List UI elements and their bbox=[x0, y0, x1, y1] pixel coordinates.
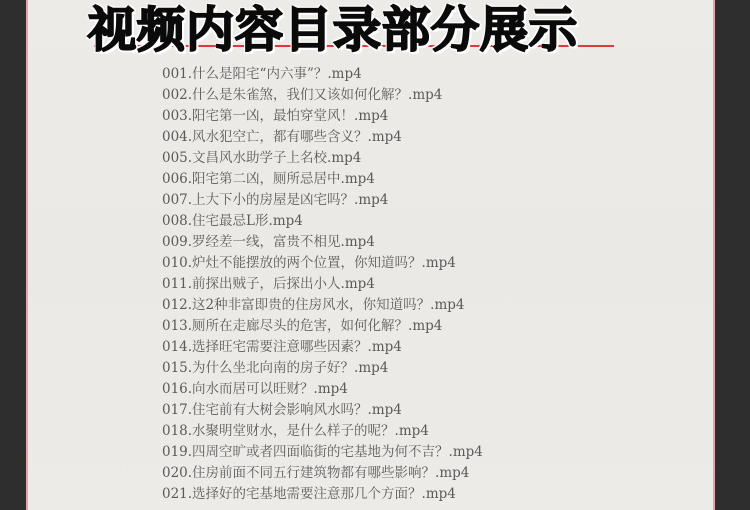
list-item: 006.阳宅第二凶，厕所忌居中.mp4 bbox=[162, 169, 483, 190]
dark-frame: 视频内容目录部分展示 001.什么是阳宅“内六事”？.mp4 002.什么是朱雀… bbox=[0, 0, 750, 510]
list-item: 018.水聚明堂财水，是什么样子的呢？.mp4 bbox=[162, 421, 483, 442]
list-item: 008.住宅最忌L形.mp4 bbox=[162, 211, 483, 232]
list-item: 005.文昌风水助学子上名校.mp4 bbox=[162, 148, 483, 169]
list-item: 012.这2种非富即贵的住房风水，你知道吗？.mp4 bbox=[162, 295, 483, 316]
list-item: 001.什么是阳宅“内六事”？.mp4 bbox=[162, 64, 483, 85]
video-file-list: 001.什么是阳宅“内六事”？.mp4 002.什么是朱雀煞，我们又该如何化解？… bbox=[162, 64, 483, 505]
page-title: 视频内容目录部分展示 bbox=[88, 2, 578, 58]
list-item: 019.四周空旷或者四面临街的宅基地为何不吉？.mp4 bbox=[162, 442, 483, 463]
paper-sheet: 视频内容目录部分展示 001.什么是阳宅“内六事”？.mp4 002.什么是朱雀… bbox=[26, 0, 715, 510]
list-item: 002.什么是朱雀煞，我们又该如何化解？.mp4 bbox=[162, 85, 483, 106]
list-item: 014.选择旺宅需要注意哪些因素？.mp4 bbox=[162, 337, 483, 358]
list-item: 010.炉灶不能摆放的两个位置，你知道吗？.mp4 bbox=[162, 253, 483, 274]
title-banner: 视频内容目录部分展示 bbox=[28, 0, 713, 62]
list-item: 020.住房前面不同五行建筑物都有哪些影响？.mp4 bbox=[162, 463, 483, 484]
list-item: 007.上大下小的房屋是凶宅吗？.mp4 bbox=[162, 190, 483, 211]
list-item: 011.前探出贼子，后探出小人.mp4 bbox=[162, 274, 483, 295]
list-item: 013.厕所在走廊尽头的危害，如何化解？.mp4 bbox=[162, 316, 483, 337]
list-item: 009.罗经差一线，富贵不相见.mp4 bbox=[162, 232, 483, 253]
list-item: 015.为什么坐北向南的房子好？.mp4 bbox=[162, 358, 483, 379]
list-item: 016.向水而居可以旺财？.mp4 bbox=[162, 379, 483, 400]
list-item: 004.风水犯空亡，都有哪些含义？.mp4 bbox=[162, 127, 483, 148]
list-item: 003.阳宅第一凶，最怕穿堂风！.mp4 bbox=[162, 106, 483, 127]
list-item: 021.选择好的宅基地需要注意那几个方面？.mp4 bbox=[162, 484, 483, 505]
list-item: 017.住宅前有大树会影响风水吗？.mp4 bbox=[162, 400, 483, 421]
